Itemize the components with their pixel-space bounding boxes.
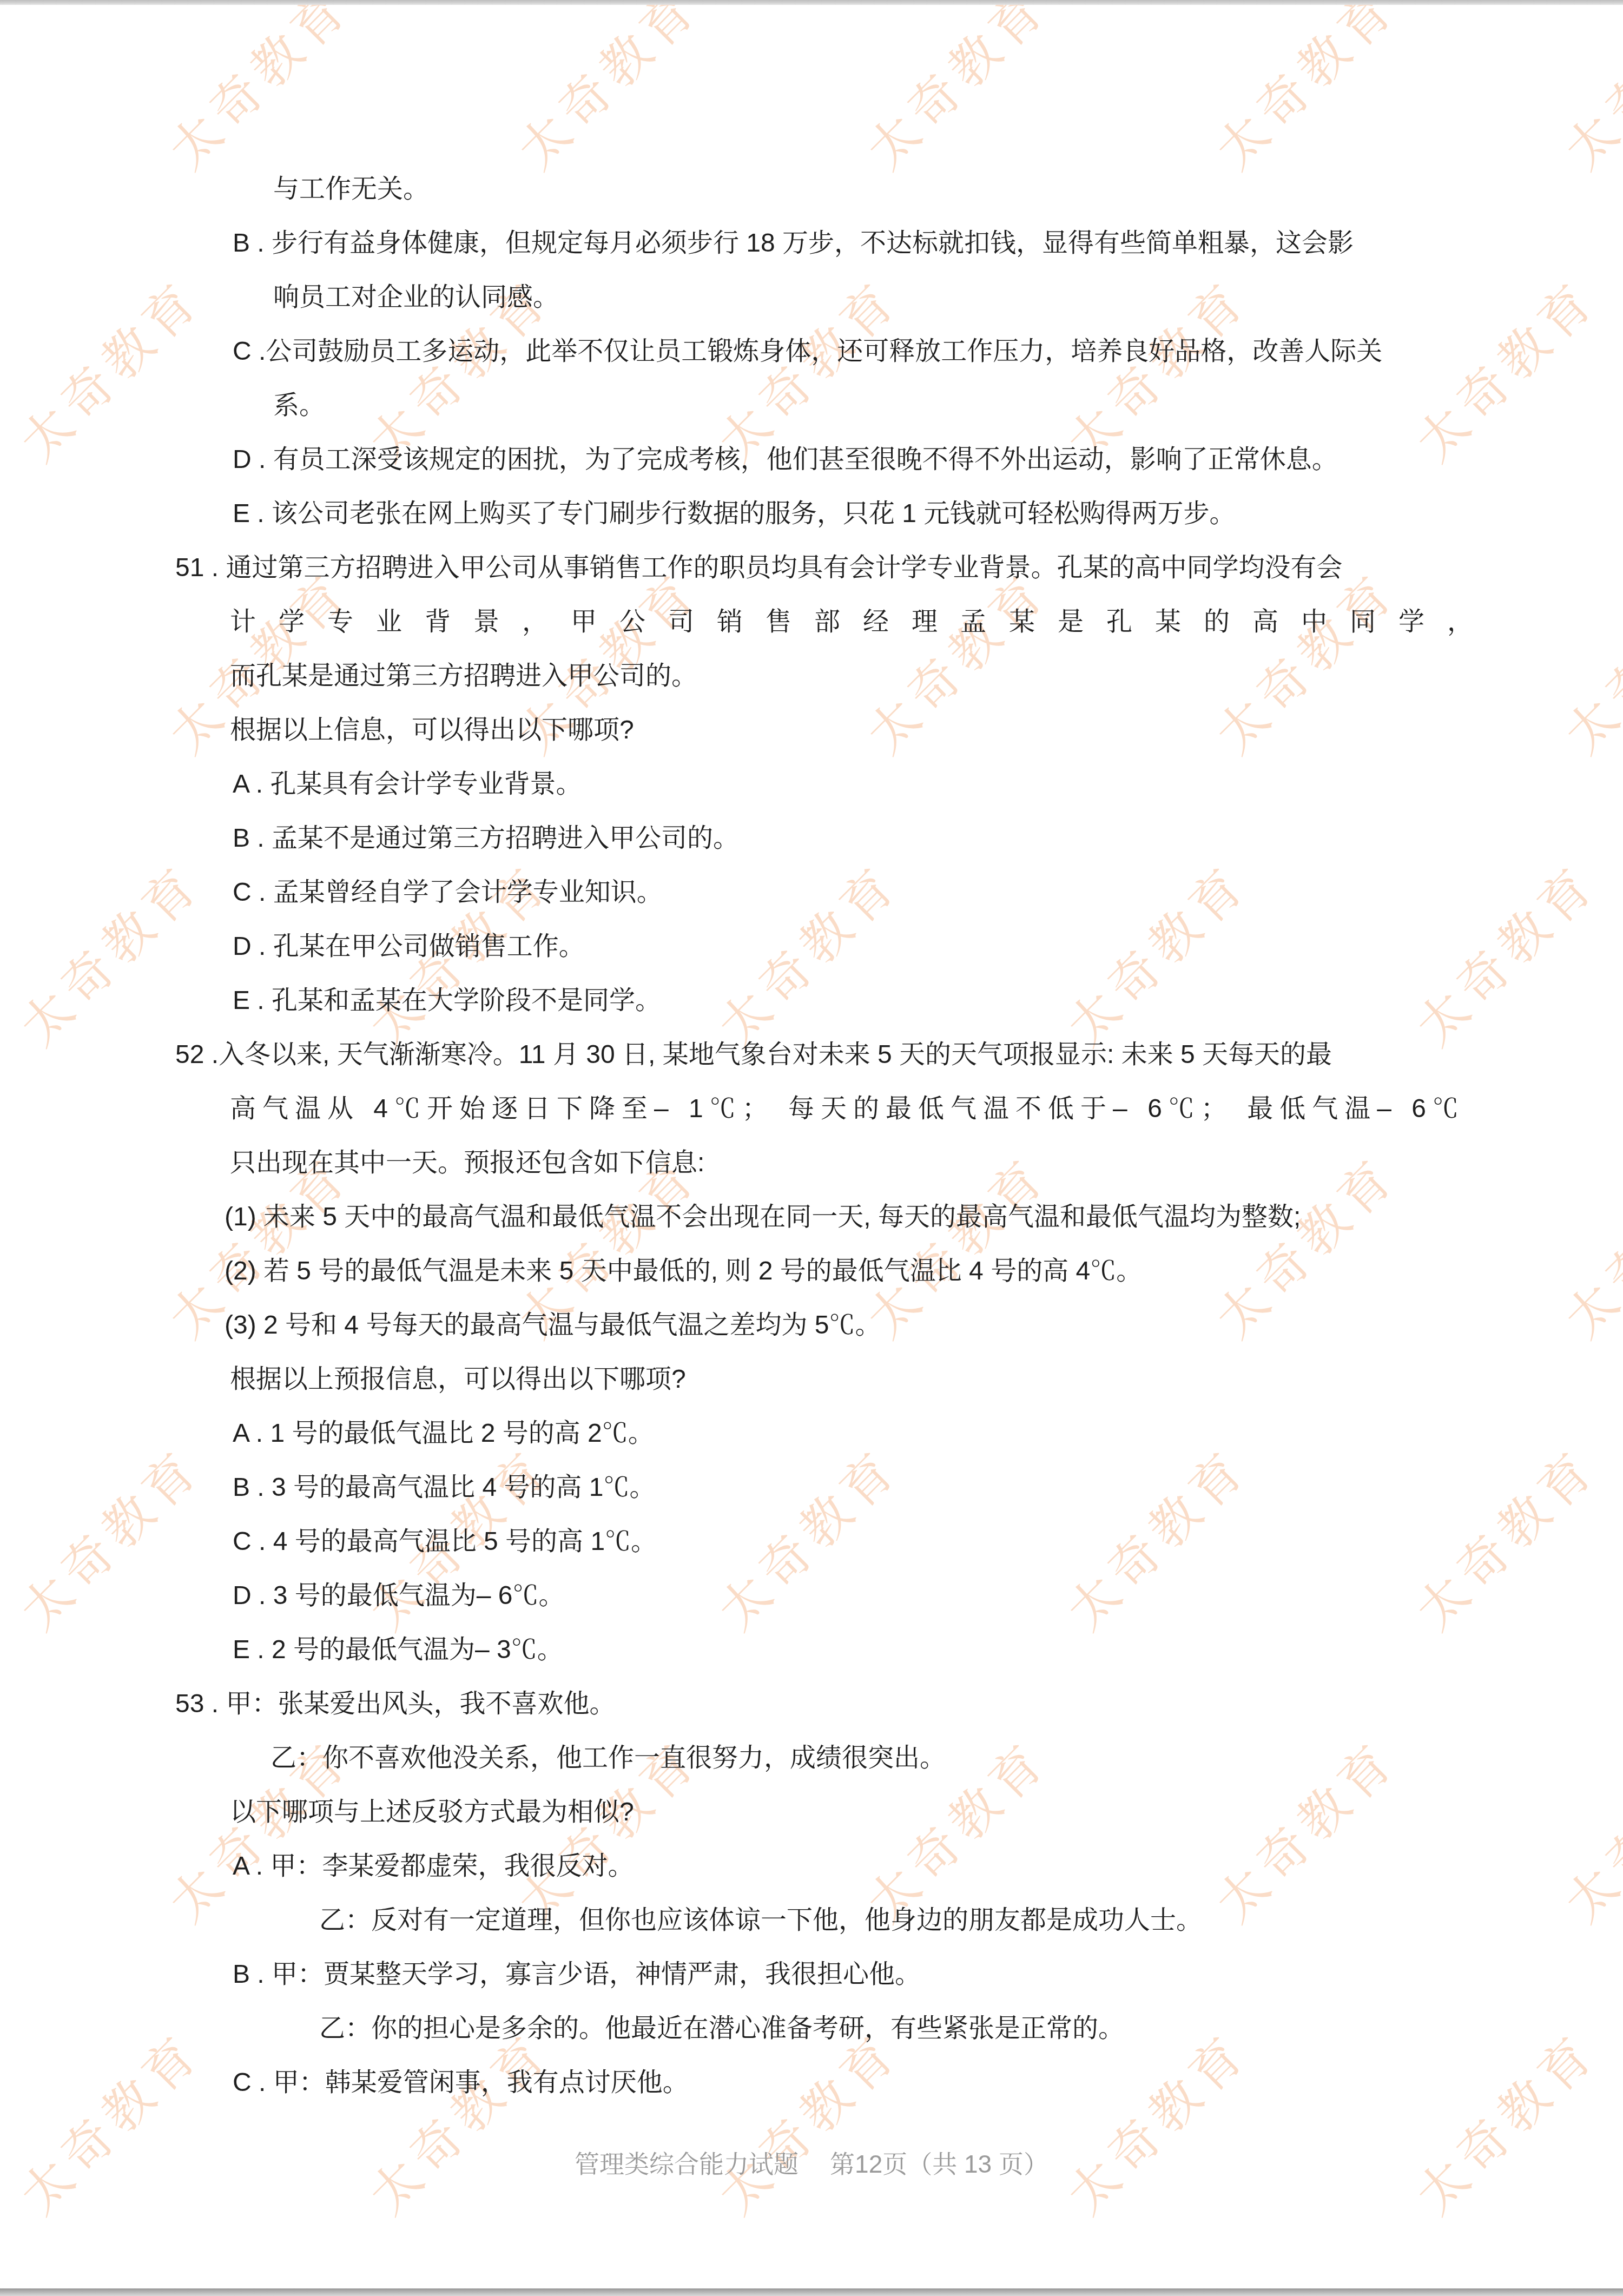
q52-stem: 52 .入冬以来, 天气渐渐寒冷。11 月 30 日, 某地气象台对未来 5 天… (0, 1028, 1623, 1082)
q53-option-a-reply: 乙：反对有一定道理，但你也应该体谅一下他，他身边的朋友都是成功人士。 (0, 1893, 1623, 1948)
q52-option-a: A . 1 号的最低气温比 2 号的高 2℃。 (0, 1407, 1623, 1461)
exam-content: 与工作无关。 B . 步行有益身体健康，但规定每月必须步行 18 万步，不达标就… (0, 162, 1623, 2110)
q53-stem: 53 . 甲：张某爱出风头，我不喜欢他。 (0, 1677, 1623, 1731)
watermark-text: 太奇教育 (150, 0, 363, 182)
q51-option-a: A . 孔某具有会计学专业背景。 (0, 757, 1623, 811)
q52-condition-3: (3) 2 号和 4 号每天的最高气温与最低气温之差均为 5℃。 (0, 1298, 1623, 1352)
page-footer: 管理类综合能力试题第12页（共 13 页） (0, 2147, 1623, 2181)
watermark-text: 太奇教育 (848, 0, 1061, 182)
q50-option-c-wrap: 系。 (0, 379, 1623, 433)
q50-option-d: D . 有员工深受该规定的困扰，为了完成考核，他们甚至很晚不得不外出运动，影响了… (0, 433, 1623, 487)
footer-doc-title: 管理类综合能力试题 (575, 2150, 799, 2178)
q53-prompt: 以下哪项与上述反驳方式最为相似? (0, 1785, 1623, 1839)
q50-option-a-wrap: 与工作无关。 (0, 162, 1623, 216)
watermark-text: 太奇教育 (1546, 0, 1623, 182)
q53-option-b: B . 甲：贾某整天学习，寡言少语，神情严肃，我很担心他。 (0, 1948, 1623, 2002)
q51-option-d: D . 孔某在甲公司做销售工作。 (0, 920, 1623, 974)
q50-option-e: E . 该公司老张在网上购买了专门刷步行数据的服务，只花 1 元钱就可轻松购得两… (0, 487, 1623, 541)
q51-option-e: E . 孔某和孟某在大学阶段不是同学。 (0, 974, 1623, 1028)
page-top-edge (0, 0, 1623, 5)
q52-option-e: E . 2 号的最低气温为– 3℃。 (0, 1623, 1623, 1677)
page-bottom-edge (0, 2288, 1623, 2296)
q51-stem-wrap-2: 而孔某是通过第三方招聘进入甲公司的。 (0, 649, 1623, 703)
q51-stem-wrap-1: 计学专业背景，甲公司销售部经理孟某是孔某的高中同学， (0, 595, 1623, 649)
q53-option-a: A . 甲：李某爱都虚荣，我很反对。 (0, 1839, 1623, 1893)
q51-option-c: C . 孟某曾经自学了会计学专业知识。 (0, 866, 1623, 920)
q52-option-b: B . 3 号的最高气温比 4 号的高 1℃。 (0, 1461, 1623, 1515)
q52-condition-2: (2) 若 5 号的最低气温是未来 5 天中最低的, 则 2 号的最低气温比 4… (0, 1244, 1623, 1298)
q52-prompt: 根据以上预报信息，可以得出以下哪项? (0, 1352, 1623, 1407)
watermark-text: 太奇教育 (1197, 0, 1410, 182)
q52-condition-1: (1) 未来 5 天中的最高气温和最低气温不会出现在同一天, 每天的最高气温和最… (0, 1190, 1623, 1244)
q52-stem-wrap-1: 高气温从 4℃开始逐日下降至– 1℃； 每天的最低气温不低于– 6℃； 最低气温… (0, 1082, 1623, 1136)
q50-option-b: B . 步行有益身体健康，但规定每月必须步行 18 万步，不达标就扣钱，显得有些… (0, 216, 1623, 270)
q52-option-d: D . 3 号的最低气温为– 6℃。 (0, 1569, 1623, 1623)
exam-page: 太奇教育太奇教育太奇教育太奇教育太奇教育太奇教育太奇教育太奇教育太奇教育太奇教育… (0, 0, 1623, 2296)
q51-option-b: B . 孟某不是通过第三方招聘进入甲公司的。 (0, 811, 1623, 866)
q51-prompt: 根据以上信息，可以得出以下哪项? (0, 703, 1623, 757)
footer-page-number: 第12页（共 13 页） (830, 2150, 1048, 2178)
q51-stem: 51 . 通过第三方招聘进入甲公司从事销售工作的职员均具有会计学专业背景。孔某的… (0, 541, 1623, 595)
q50-option-b-wrap: 响员工对企业的认同感。 (0, 270, 1623, 325)
q53-option-b-reply: 乙：你的担心是多余的。他最近在潜心准备考研，有些紧张是正常的。 (0, 2002, 1623, 2056)
watermark-text: 太奇教育 (499, 0, 712, 182)
q53-option-c: C . 甲：韩某爱管闲事，我有点讨厌他。 (0, 2056, 1623, 2110)
q52-option-c: C . 4 号的最高气温比 5 号的高 1℃。 (0, 1515, 1623, 1569)
q53-stem-reply: 乙：你不喜欢他没关系，他工作一直很努力，成绩很突出。 (0, 1731, 1623, 1785)
q50-option-c: C .公司鼓励员工多运动，此举不仅让员工锻炼身体，还可释放工作压力，培养良好品格… (0, 325, 1623, 379)
q52-stem-wrap-2: 只出现在其中一天。预报还包含如下信息: (0, 1136, 1623, 1190)
